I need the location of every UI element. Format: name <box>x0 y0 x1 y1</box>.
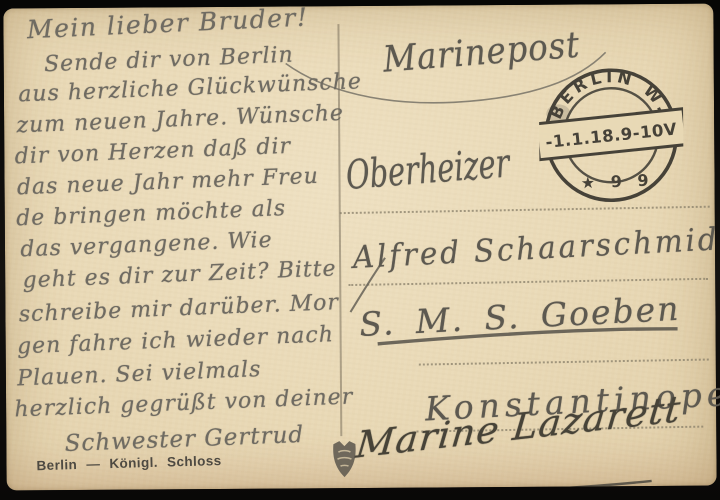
postmark-bottom-text: ★ 9 9 <box>580 171 653 193</box>
postmark-stamp: BERLIN W. -1.1.18.9-10V ★ 9 9 <box>539 63 684 208</box>
message-line-salutation: Mein lieber Bruder! <box>26 3 309 45</box>
address-recipient-name: Alfred Schaarschmidt <box>352 221 720 276</box>
postcard: Mein lieber Bruder! Sende dir von Berlin… <box>3 4 716 491</box>
message-line-12: Plauen. Sei vielmals <box>17 357 262 391</box>
address-dotted-line-3 <box>419 359 709 366</box>
message-line-7: de bringen möchte als <box>16 196 287 231</box>
message-line-2: Sende dir von Berlin <box>44 43 295 78</box>
address-recipient-rank: Oberheizer <box>344 141 511 199</box>
message-line-13: herzlich gegrüßt von deiner <box>14 384 354 422</box>
message-line-8: das vergangene. Wie <box>20 228 273 263</box>
message-line-5: dir von Herzen daß dir <box>14 134 291 170</box>
message-line-4: zum neuen Jahre. Wünsche <box>16 101 344 139</box>
address-dotted-line-2 <box>348 278 708 286</box>
message-line-signature: Schwester Gertrud <box>64 422 304 457</box>
address-ship-line: S. M. S. Goeben <box>358 289 681 344</box>
message-line-6: das neue Jahr mehr Freu <box>16 164 319 201</box>
message-line-10: schreibe mir darüber. Mor <box>18 290 339 327</box>
message-line-9: geht es dir zur Zeit? Bitte <box>22 256 337 293</box>
redirect-underline-stroke <box>385 481 652 491</box>
postcard-caption: Berlin — Königl. Schloss <box>36 453 221 473</box>
message-line-11: gen fahre ich wieder nach <box>17 322 335 359</box>
